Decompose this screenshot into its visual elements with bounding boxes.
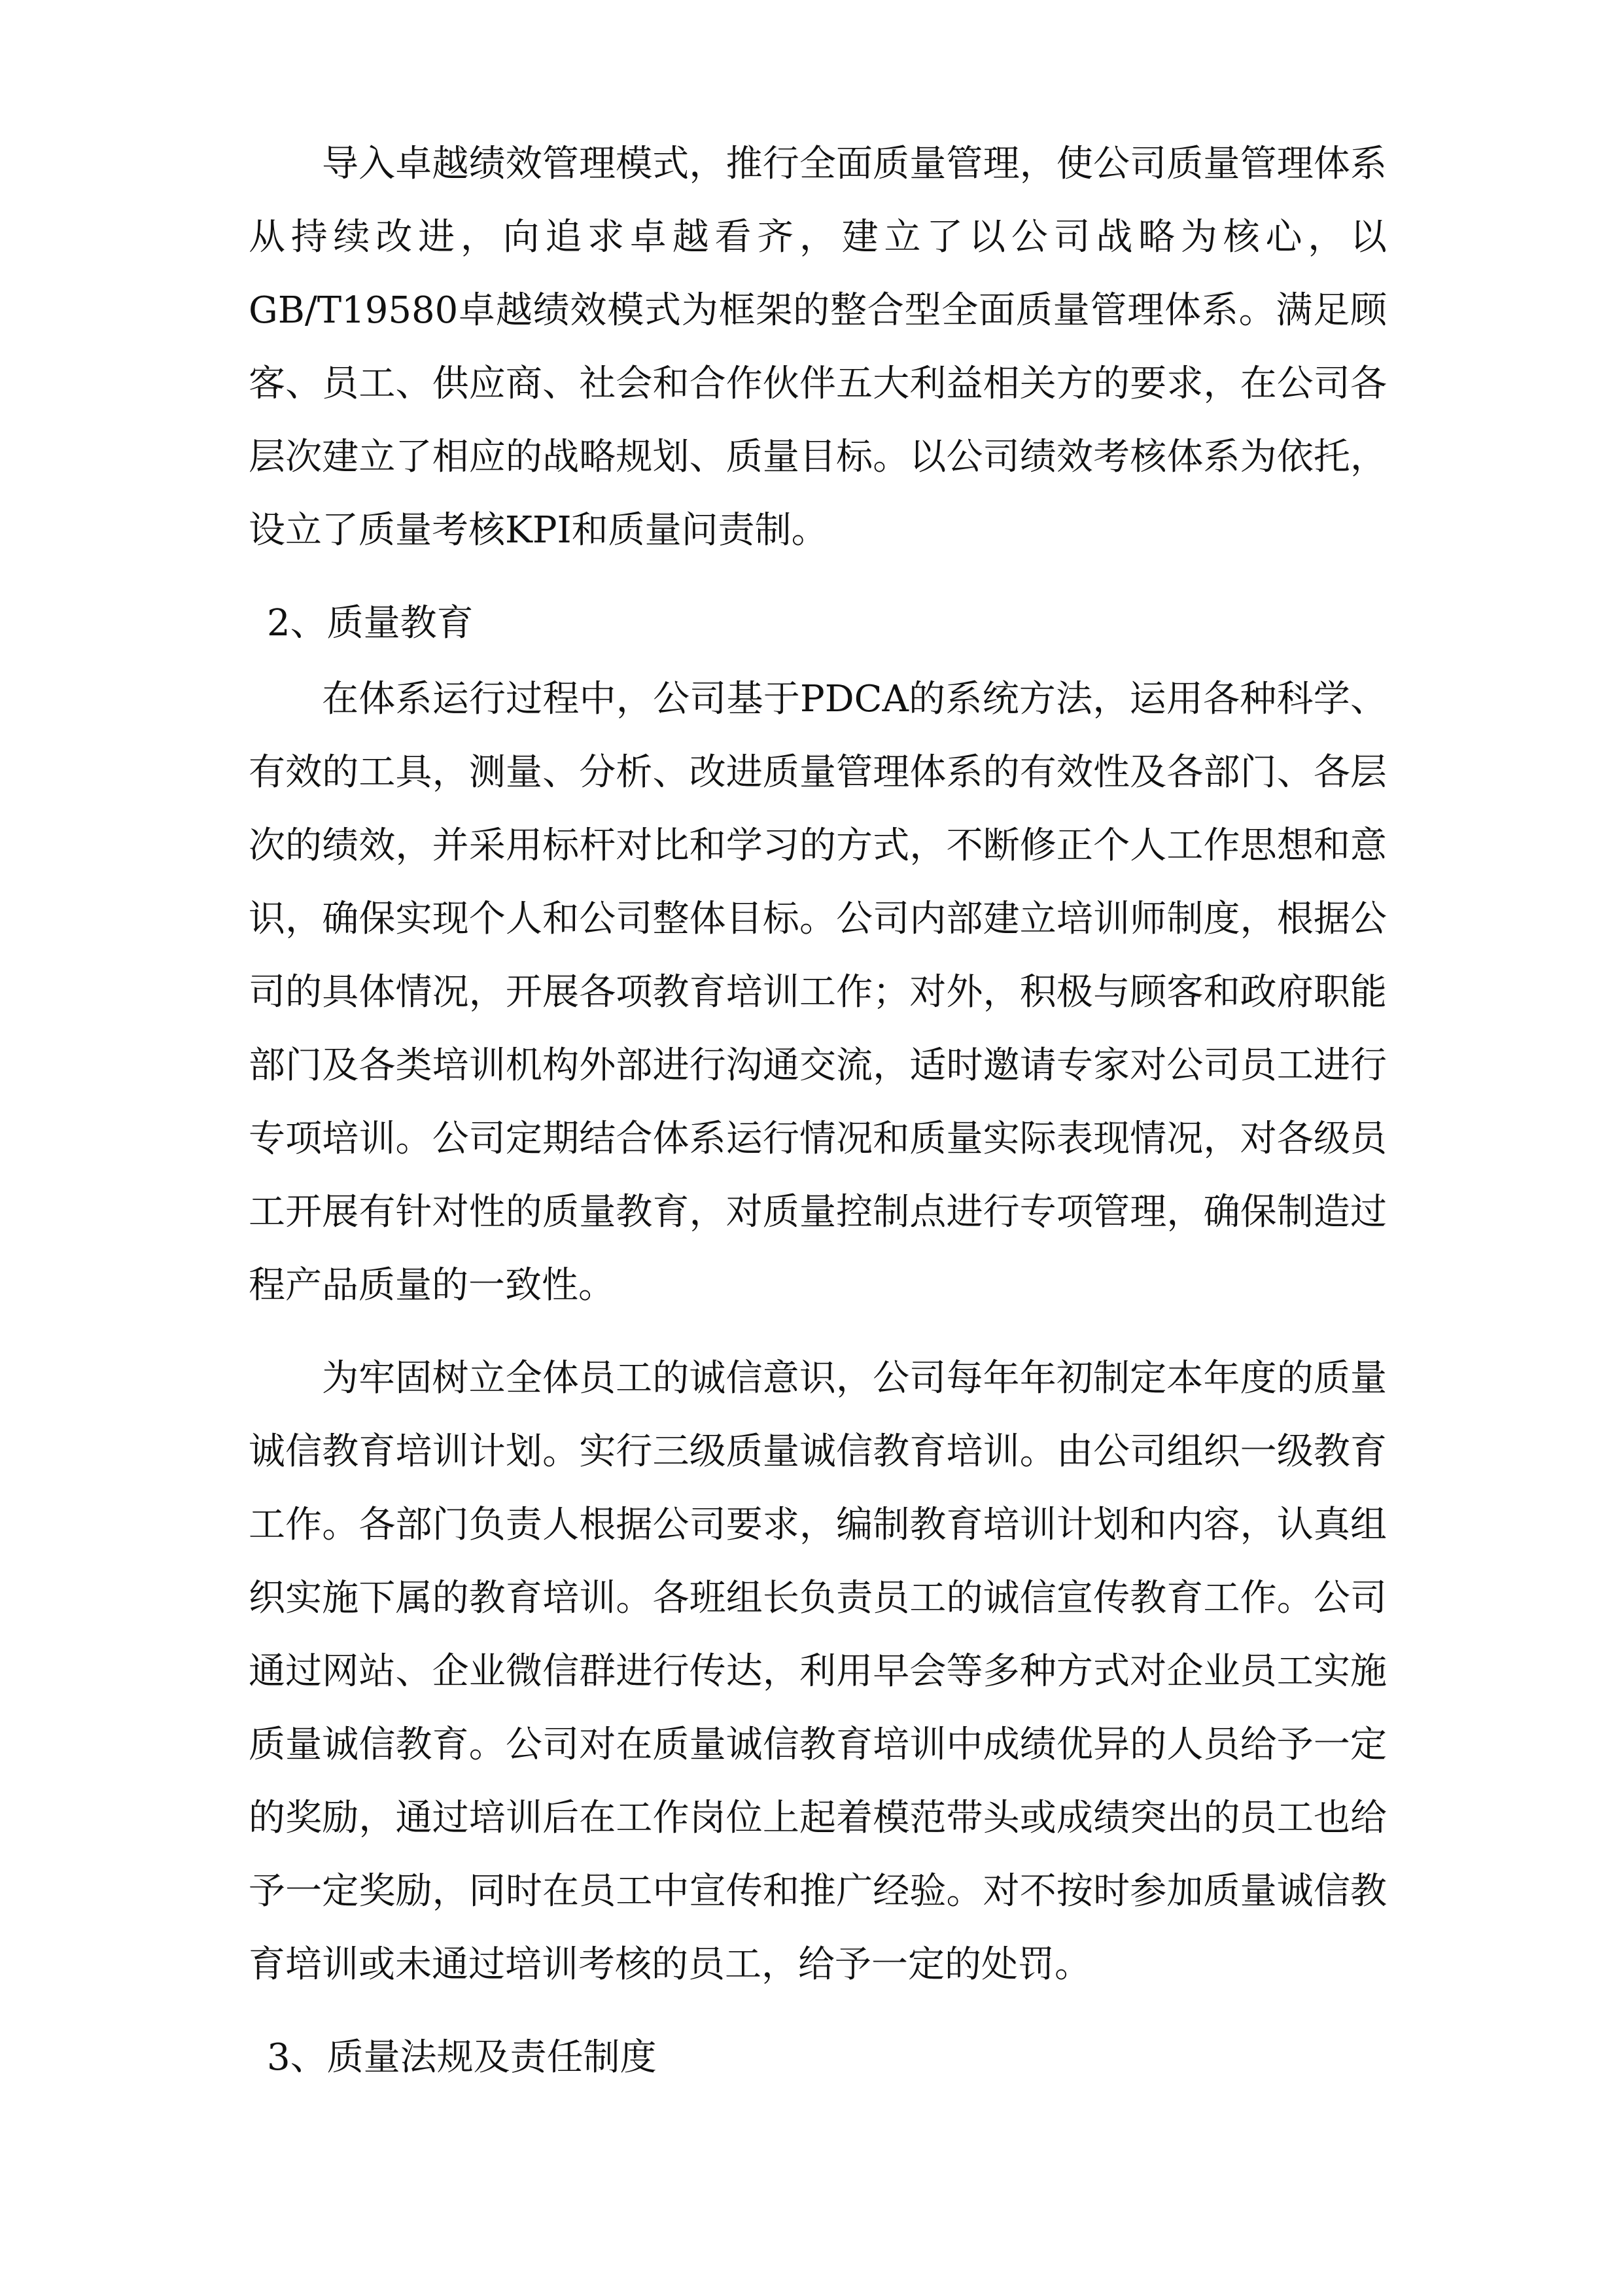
- paragraph-quality-management-system: 导入卓越绩效管理模式，推行全面质量管理，使公司质量管理体系从持续改进，向追求卓越…: [249, 128, 1387, 567]
- section-heading-quality-education: 2、质量教育: [249, 587, 1387, 660]
- paragraph-integrity-education: 为牢固树立全体员工的诚信意识，公司每年年初制定本年度的质量诚信教育培训计划。实行…: [249, 1342, 1387, 2002]
- section-heading-quality-regulations: 3、质量法规及责任制度: [249, 2021, 1387, 2094]
- document-page: 导入卓越绩效管理模式，推行全面质量管理，使公司质量管理体系从持续改进，向追求卓越…: [249, 128, 1387, 2094]
- paragraph-pdca-training: 在体系运行过程中，公司基于PDCA的系统方法，运用各种科学、有效的工具，测量、分…: [249, 663, 1387, 1322]
